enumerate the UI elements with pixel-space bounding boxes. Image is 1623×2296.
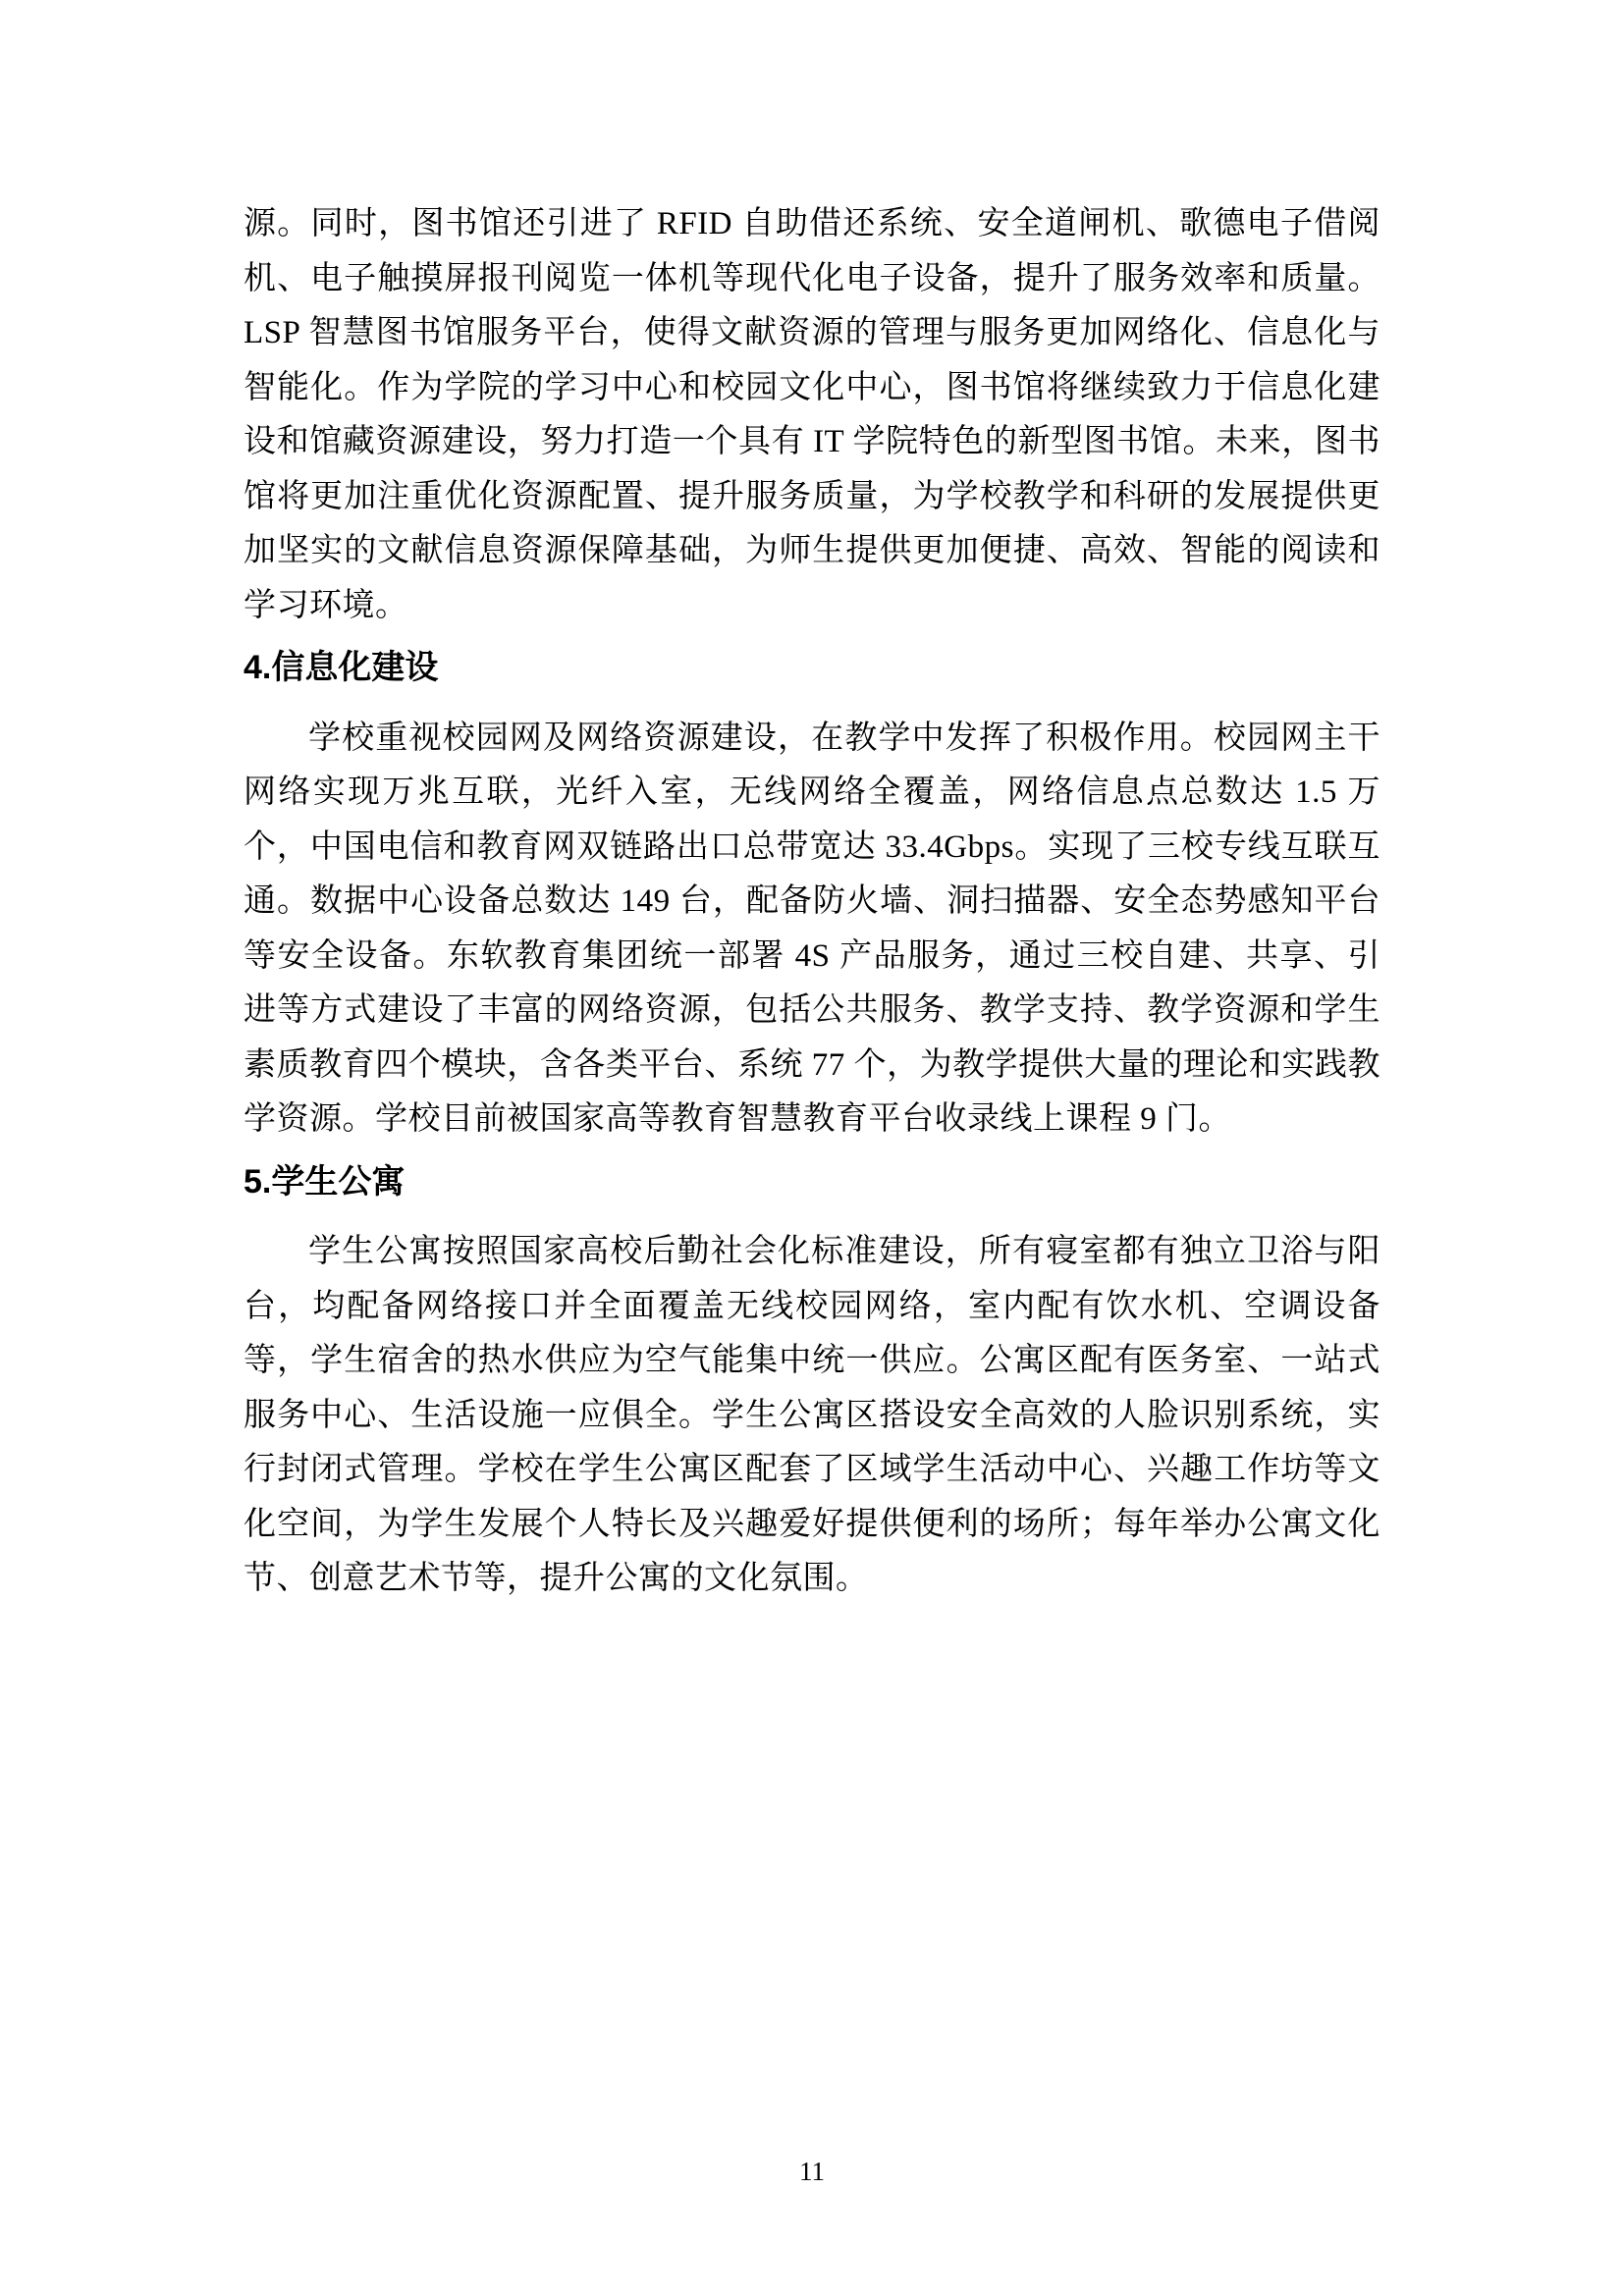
body-paragraph-library-continued: 源。同时，图书馆还引进了 RFID 自助借还系统、安全道闸机、歌德电子借阅机、电… <box>243 197 1380 633</box>
section-heading-informatization: 4.信息化建设 <box>243 641 1380 696</box>
body-paragraph-student-apartments: 学生公寓按照国家高校后勤社会化标准建设，所有寝室都有独立卫浴与阳台，均配备网络接… <box>243 1225 1380 1607</box>
content-area: 源。同时，图书馆还引进了 RFID 自助借还系统、安全道闸机、歌德电子借阅机、电… <box>243 197 1380 1607</box>
body-paragraph-informatization: 学校重视校园网及网络资源建设，在教学中发挥了积极作用。校园网主干网络实现万兆互联… <box>243 712 1380 1148</box>
section-heading-student-apartments: 5.学生公寓 <box>243 1155 1380 1210</box>
page-number: 11 <box>799 2157 825 2186</box>
page-footer: 11 <box>243 2156 1380 2187</box>
document-page: 源。同时，图书馆还引进了 RFID 自助借还系统、安全道闸机、歌德电子借阅机、电… <box>0 0 1623 2296</box>
